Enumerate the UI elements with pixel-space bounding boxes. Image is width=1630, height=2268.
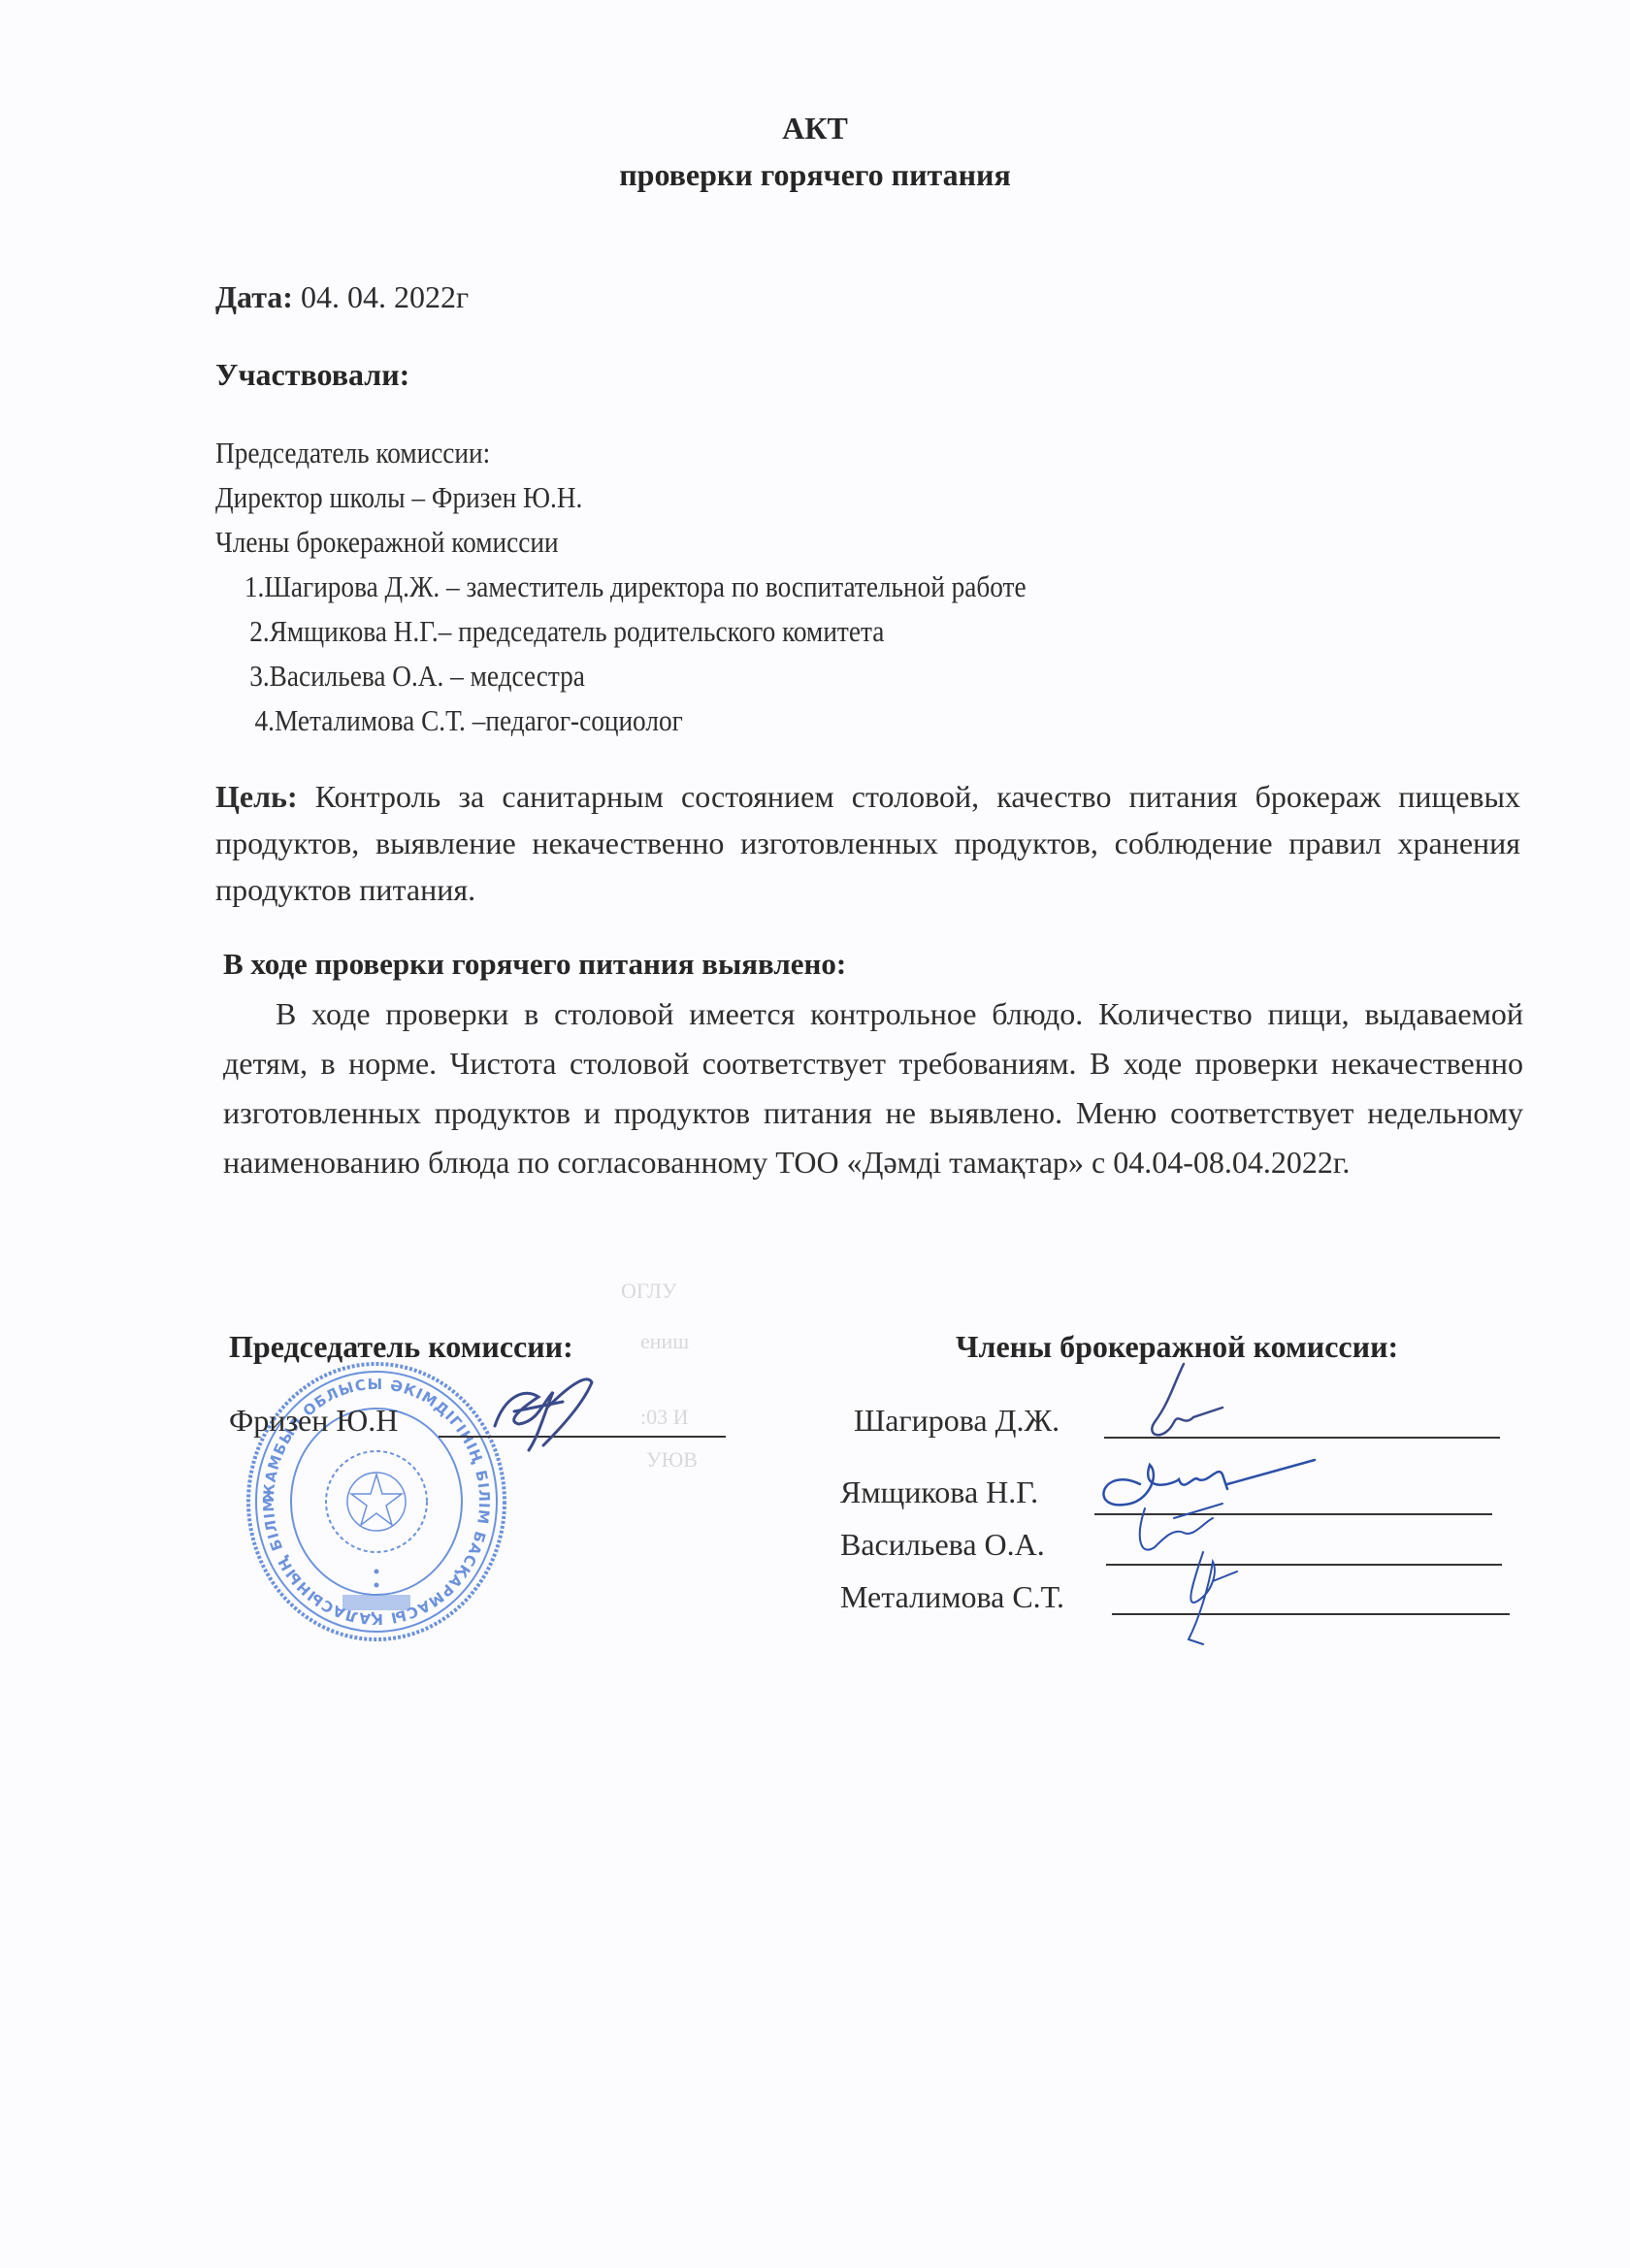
goal-label: Цель: <box>215 779 298 814</box>
chair-signature-title: Председатель комиссии: <box>229 1329 573 1365</box>
member-signature-name: Шагирова Д.Ж. <box>854 1403 1059 1439</box>
participants-heading: Участвовали: <box>215 357 409 393</box>
document-title: АКТ <box>0 105 1630 151</box>
goal-paragraph: Цель: Контроль за санитарным состоянием … <box>215 773 1520 913</box>
official-stamp-icon: ЖАМБЫЛ ОБЛЫСЫ ӘКІМДІГІНІҢ БІЛІМ БАСҚАРМА… <box>241 1356 512 1647</box>
member-signature-icon <box>1116 1354 1261 1451</box>
date-value: 04. 04. 2022г <box>301 279 469 314</box>
date-label: Дата: <box>215 279 293 314</box>
bleed-through-mark: ениш <box>640 1329 689 1354</box>
member-item: 1.Шагирова Д.Ж. – заместитель директора … <box>215 565 1496 609</box>
member-signature-name: Металимова С.Т. <box>840 1579 1064 1615</box>
findings-paragraph: В ходе проверки в столовой имеется контр… <box>223 989 1523 1187</box>
svg-text:ЖАМБЫЛ ОБЛЫСЫ ӘКІМДІГІНІҢ БІЛІ: ЖАМБЫЛ ОБЛЫСЫ ӘКІМДІГІНІҢ БІЛІМ БАСҚАРМА… <box>241 1356 493 1628</box>
chair-label: Председатель комиссии: <box>215 431 1496 475</box>
document-title-block: АКТ проверки горячего питания <box>0 105 1630 198</box>
member-signature-icon <box>1164 1542 1252 1649</box>
participants-list: Председатель комиссии: Директор школы – … <box>215 431 1496 743</box>
goal-text: Контроль за санитарным состоянием столов… <box>215 779 1520 907</box>
date-line: Дата: 04. 04. 2022г <box>215 279 469 315</box>
members-label: Члены брокеражной комиссии <box>215 520 1496 565</box>
chair-signature-name: Фризен Ю.Н <box>229 1403 398 1439</box>
member-signature-name: Васильева О.А. <box>840 1527 1045 1563</box>
bleed-through-mark: УЮВ <box>646 1447 698 1473</box>
bleed-through-mark: :03 И <box>640 1405 689 1430</box>
findings-heading: В ходе проверки горячего питания выявлен… <box>223 947 846 982</box>
document-page: ОГЛУ ениш :03 И УЮВ АКТ проверки горячег… <box>0 0 1630 2268</box>
document-subtitle: проверки горячего питания <box>0 151 1630 198</box>
chair-signature-icon <box>485 1368 602 1455</box>
bleed-through-mark: ОГЛУ <box>621 1279 676 1304</box>
chair-line: Директор школы – Фризен Ю.Н. <box>215 475 1496 520</box>
member-item: 2.Ямщикова Н.Г.– председатель родительск… <box>215 609 1496 654</box>
member-item: 3.Васильева О.А. – медсестра <box>215 654 1496 698</box>
member-item: 4.Металимова С.Т. –педагог-социолог <box>215 698 1496 743</box>
member-signature-name: Ямщикова Н.Г. <box>840 1474 1038 1510</box>
